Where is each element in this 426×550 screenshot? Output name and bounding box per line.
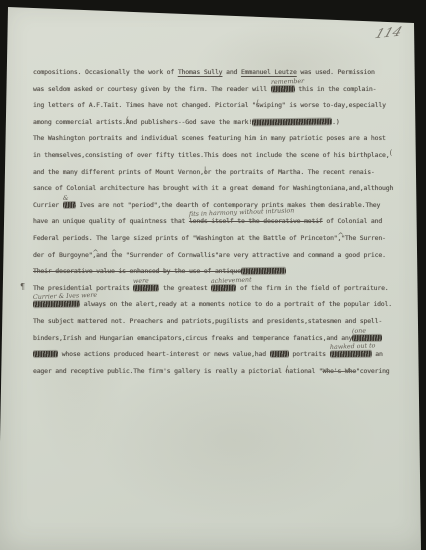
typed-text: was used. Permission (297, 68, 375, 76)
typed-text: and (222, 68, 241, 76)
typed-text: sance of Colonial architecture has broug… (33, 184, 393, 192)
text-line: in themselves,consisting of over fifty t… (33, 147, 414, 164)
text-line: ing letters of A.F.Tait. Times have not … (33, 97, 414, 114)
typed-text: der of Burgoyne" (33, 251, 92, 259)
typed-text: Federal periods. The large sized prints … (33, 234, 338, 242)
typed-text: binders,Irish and Hungarian emancipators… (33, 334, 352, 342)
document-page: 114 compositions. Occasionally the work … (0, 0, 426, 550)
typed-text: of the firm in the field of portraiture. (236, 284, 388, 292)
typed-text: ing letters of A.F.Tait. Times have not … (33, 101, 256, 109)
typed-text: The subject mattered not. Preachers and … (33, 317, 382, 325)
scribbled-out-text (270, 351, 289, 357)
scribbled-out-text (241, 268, 286, 275)
scribbled-out-text (63, 202, 76, 208)
scribbled-out-text (252, 118, 332, 125)
typed-text: ,and (92, 251, 111, 259)
text-line: compositions. Occasionally the work of T… (33, 64, 414, 81)
typed-text: The Washington portraits and individual … (33, 134, 386, 142)
typed-text: the greatest (159, 284, 211, 292)
typed-text: an (372, 350, 383, 358)
typed-text: ,"The Surren- (338, 234, 386, 242)
typed-text: "covering (356, 367, 389, 375)
handwritten-page-number: 114 (373, 25, 404, 43)
text-line: sance of Colonial architecture has broug… (33, 180, 414, 197)
typed-text: and the many different prints of Mount V… (33, 168, 204, 176)
scribbled-out-text (33, 351, 58, 357)
scribbled-out-text (211, 285, 236, 291)
underlined-name: Emmanuel Leutze (241, 68, 297, 76)
typed-text: Ives are not "period",the dearth of cont… (76, 201, 381, 209)
typed-text: the "Surrender of Cornwallis"are very at… (111, 251, 386, 259)
scribbled-out-text (271, 85, 295, 91)
typed-text: among commercial artists. (33, 118, 126, 126)
text-line: have an unique quality of quaintness tha… (33, 213, 414, 230)
pencil-struck-text: Who's Who (323, 367, 356, 375)
typed-text: have an unique quality of quaintness tha… (33, 217, 189, 225)
typed-text: Currier (33, 201, 63, 209)
underlined-name: Thomas Sully (178, 68, 223, 76)
text-line: Federal periods. The large sized prints … (33, 230, 414, 247)
typed-text: The presidential portraits (33, 284, 133, 292)
text-line: The Washington portraits and individual … (33, 130, 414, 147)
typed-text: portraits (289, 350, 330, 358)
typed-text: in themselves,consisting of over fifty t… (33, 151, 389, 159)
typed-text-block: compositions. Occasionally the work of T… (33, 64, 414, 379)
typed-text: And publishers--God save the mark! (126, 118, 252, 126)
scribbled-out-text (329, 351, 371, 358)
text-line: Currier & Ives were always on the alert,… (33, 296, 414, 313)
text-line: eager and receptive public.The firm's ga… (33, 363, 414, 380)
typed-text: swiping" is worse to-day,especially (256, 101, 386, 109)
typed-text: whose actions produced heart-interest or… (58, 350, 270, 358)
typed-text: of Colonial and (323, 217, 382, 225)
text-line: and the many different prints of Mount V… (33, 164, 414, 181)
scribbled-out-text (352, 334, 382, 340)
scribbled-out-text (133, 285, 159, 291)
typed-text: compositions. Occasionally the work of (33, 68, 178, 76)
text-line: among commercial artists.(And publishers… (33, 114, 414, 131)
text-line: whose actions produced heart-interest or… (33, 346, 414, 363)
typed-text: .) (332, 118, 339, 126)
scribbled-out-text (33, 301, 80, 308)
struck-through-text: lends itself to the decorative motif (189, 217, 323, 225)
typed-text: always on the alert,ready at a moments n… (80, 300, 392, 308)
typed-text: national " (286, 367, 323, 375)
typed-text: was seldom asked or courtesy given by th… (33, 85, 271, 93)
typed-text: this in the complain- (295, 85, 377, 93)
text-line: was seldom asked or courtesy given by th… (33, 81, 414, 98)
scanned-manuscript-photo: { "colors":{"backdrop":"#141411","paper"… (0, 0, 426, 550)
typed-text: eager and receptive public.The firm's ga… (33, 367, 286, 375)
typed-text: or the portraits of Martha. The recent r… (204, 168, 375, 176)
text-line: der of Burgoyne"^,and ^the "Surrender of… (33, 247, 414, 264)
